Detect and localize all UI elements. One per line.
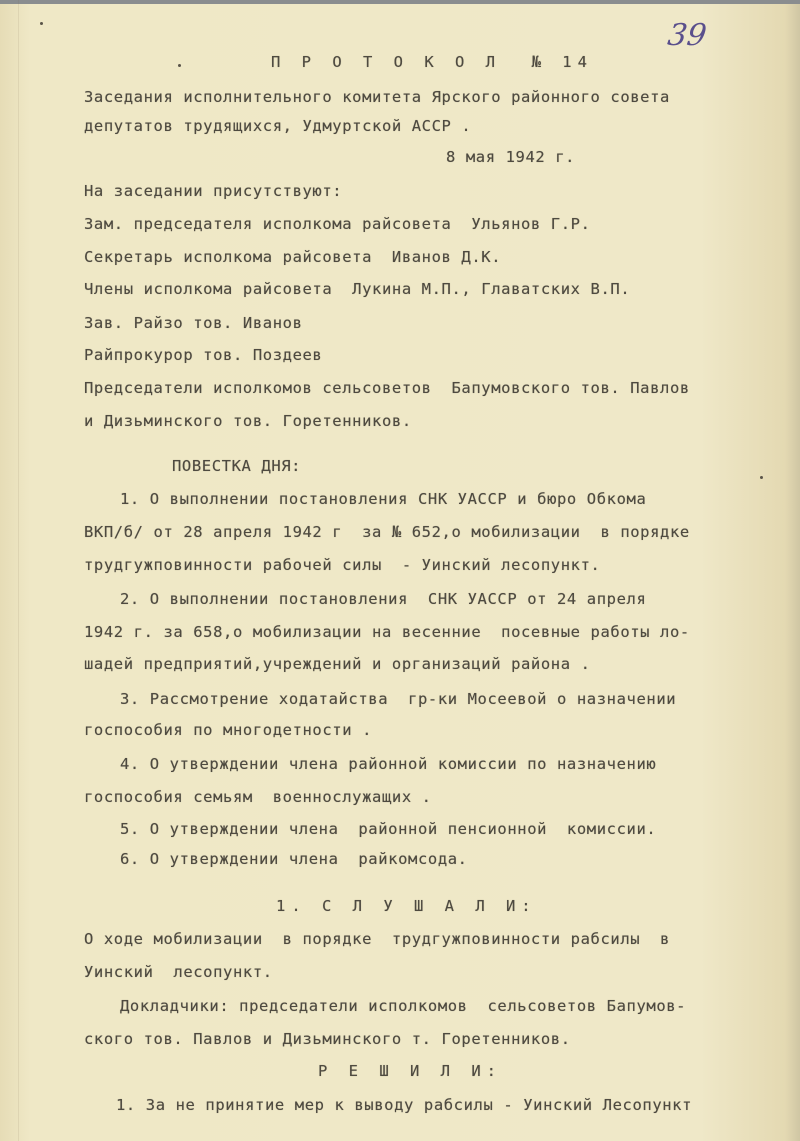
paper-fold-line [18,0,19,1141]
heard-line: Уинский лесопункт. [84,963,273,981]
meeting-date: 8 мая 1942 г. [446,148,575,166]
heard-heading: 1. С Л У Ш А Л И: [276,897,537,915]
present-heading: На заседании присутствуют: [84,182,342,200]
agenda-line: 2. О выполнении постановления СНК УАССР … [120,590,646,608]
present-member: Зам. председателя исполкома райсовета Ул… [84,215,591,233]
agenda-line: ВКП/б/ от 28 апреля 1942 г за № 652,о мо… [84,523,690,541]
agenda-line: шадей предприятий,учреждений и организац… [84,655,591,673]
present-member: Секретарь исполкома райсовета Иванов Д.К… [84,248,501,266]
agenda-line: 1. О выполнении постановления СНК УАССР … [120,490,646,508]
handwritten-page-number: 39 [666,18,709,53]
scan-top-edge [0,0,800,4]
ink-speck [178,64,181,67]
agenda-line: госпособия семьям военнослужащих . [84,788,432,806]
agenda-line: 5. О утверждении члена районной пенсионн… [120,820,656,838]
heard-line: О ходе мобилизации в порядке трудгужпови… [84,930,670,948]
agenda-line: 1942 г. за 658,о мобилизации на весенние… [84,623,690,641]
agenda-line: 3. Рассмотрение ходатайства гр-ки Мосеев… [120,690,676,708]
agenda-line: трудгужповинности рабочей силы - Уинский… [84,556,600,574]
agenda-line: 6. О утверждении члена райкомсода. [120,850,468,868]
subtitle-line-1: Заседания исполнительного комитета Ярско… [84,88,670,106]
decided-heading: Р Е Ш И Л И: [318,1062,502,1080]
present-member: и Дизьминского тов. Горетенников. [84,412,412,430]
heard-line: Докладчики: председатели исполкомов сель… [120,997,686,1015]
ink-speck [40,22,43,25]
agenda-line: госпособия по многодетности . [84,721,372,739]
agenda-heading: ПОВЕСТКА ДНЯ: [172,457,301,475]
decided-line: 1. За не принятие мер к выводу рабсилы -… [116,1096,692,1114]
present-member: Члены исполкома райсовета Лукина М.П., Г… [84,280,630,298]
subtitle-line-2: депутатов трудящихся, Удмуртской АССР . [84,117,471,135]
document-title: П Р О Т О К О Л № 14 [271,53,593,71]
present-member: Райпрокурор тов. Поздеев [84,346,322,364]
ink-speck [760,476,763,479]
present-member: Председатели исполкомов сельсоветов Бапу… [84,379,690,397]
heard-line: ского тов. Павлов и Дизьминского т. Горе… [84,1030,571,1048]
agenda-line: 4. О утверждении члена районной комиссии… [120,755,656,773]
present-member: Зав. Райзо тов. Иванов [84,314,303,332]
scanned-document-page: 39 П Р О Т О К О Л № 14 Заседания исполн… [0,0,800,1141]
